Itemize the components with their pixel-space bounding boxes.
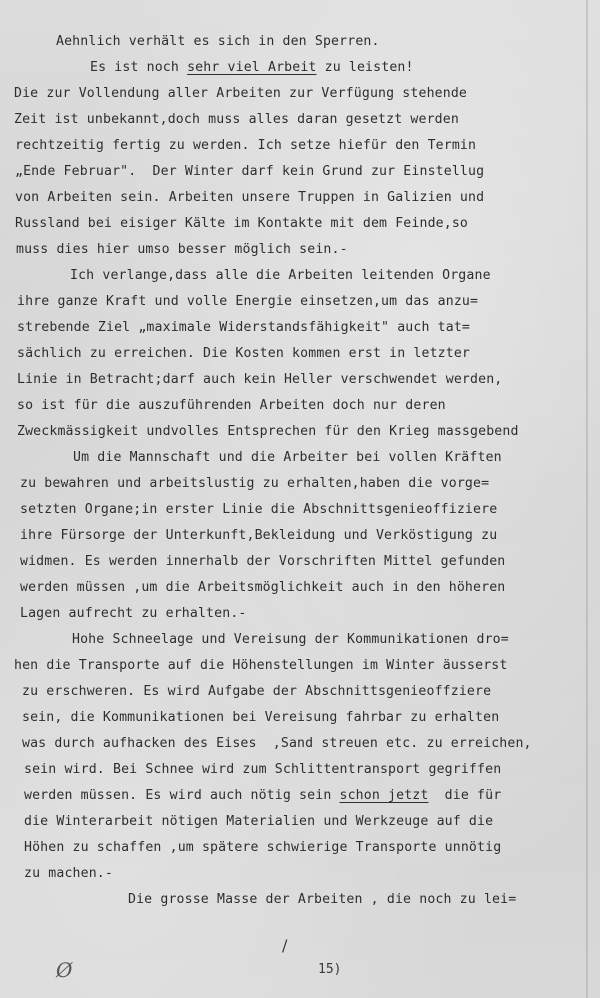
text-line: muss dies hier umso besser möglich sein.…: [16, 242, 348, 258]
text-line: von Arbeiten sein. Arbeiten unsere Trupp…: [15, 190, 484, 206]
underlined-phrase: sehr viel Arbeit: [187, 60, 316, 75]
document-page: Aehnlich verhält es sich in den Sperren.…: [0, 0, 600, 998]
text-segment: die für: [429, 788, 502, 803]
underlined-phrase: schon jetzt: [340, 788, 429, 803]
page-number: 15): [318, 962, 341, 977]
text-line-emphasis: Es ist noch sehr viel Arbeit zu leisten!: [90, 60, 414, 76]
text-line: die Winterarbeit nötigen Materialien und…: [24, 814, 493, 830]
text-line: Höhen zu schaffen ,um spätere schwierige…: [24, 840, 501, 856]
text-line: Um die Mannschaft und die Arbeiter bei v…: [73, 450, 502, 466]
handwritten-mark: Ø: [56, 958, 72, 982]
text-line: zu bewahren und arbeitslustig zu erhalte…: [20, 476, 489, 492]
text-line: zu erschweren. Es wird Aufgabe der Absch…: [22, 684, 491, 700]
text-line: so ist für die auszuführenden Arbeiten d…: [17, 398, 446, 414]
text-line: sein wird. Bei Schnee wird zum Schlitten…: [24, 762, 501, 778]
text-line: Zeit ist unbekannt,doch muss alles daran…: [14, 112, 459, 128]
text-line: hen die Transporte auf die Höhenstellung…: [14, 658, 507, 674]
text-line-emphasis: werden müssen. Es wird auch nötig sein s…: [24, 788, 501, 804]
text-line: Lagen aufrecht zu erhalten.-: [20, 606, 247, 622]
text-line: widmen. Es werden innerhalb der Vorschri…: [20, 554, 505, 570]
text-line: sächlich zu erreichen. Die Kosten kommen…: [17, 346, 470, 362]
text-line: Die grosse Masse der Arbeiten , die noch…: [128, 892, 516, 908]
text-segment: werden müssen. Es wird auch nötig sein: [24, 788, 340, 803]
text-line: zu machen.-: [24, 866, 113, 882]
text-line: Die zur Vollendung aller Arbeiten zur Ve…: [14, 86, 467, 102]
text-segment: Es ist noch: [90, 60, 187, 75]
text-line: was durch aufhacken des Eises ,Sand stre…: [22, 736, 532, 752]
text-line: Linie in Betracht;darf auch kein Heller …: [17, 372, 502, 388]
text-line: werden müssen ,um die Arbeitsmöglichkeit…: [20, 580, 505, 596]
text-segment: zu leisten!: [317, 60, 414, 75]
text-line: „Ende Februar". Der Winter darf kein Gru…: [15, 164, 484, 180]
text-line: sein, die Kommunikationen bei Vereisung …: [22, 710, 499, 726]
text-line: ihre Fürsorge der Unterkunft,Bekleidung …: [20, 528, 497, 544]
text-line: Aehnlich verhält es sich in den Sperren.: [56, 34, 380, 50]
text-line: strebende Ziel „maximale Widerstandsfähi…: [17, 320, 470, 336]
text-line: Hohe Schneelage und Vereisung der Kommun…: [72, 632, 509, 648]
text-line: setzten Organe;in erster Linie die Absch…: [20, 502, 497, 518]
text-line: rechtzeitig fertig zu werden. Ich setze …: [15, 138, 476, 154]
text-line: Russland bei eisiger Kälte im Kontakte m…: [15, 216, 468, 232]
text-line: Zweckmässigkeit undvolles Entsprechen fü…: [17, 424, 519, 440]
text-line: Ich verlange,dass alle die Arbeiten leit…: [70, 268, 491, 284]
continuation-mark: /: [282, 936, 287, 955]
text-line: ihre ganze Kraft und volle Energie einse…: [17, 294, 478, 310]
